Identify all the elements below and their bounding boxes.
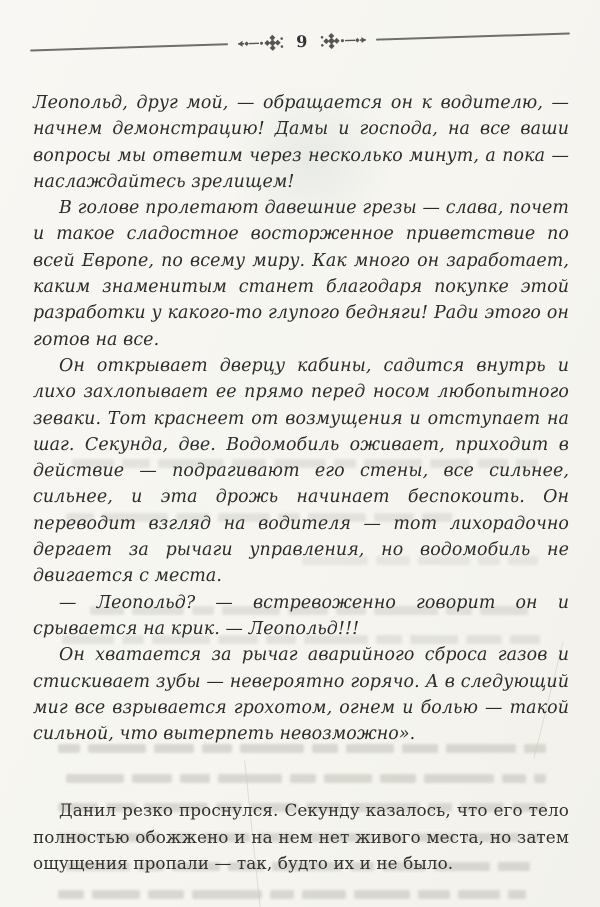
floral-arrow-right-icon bbox=[319, 32, 367, 49]
floral-arrow-left-icon bbox=[237, 34, 285, 51]
paragraph-dream-3: Он открывает дверцу кабины, садится внут… bbox=[33, 353, 569, 590]
paragraph-dream-1: Леопольд, друг мой, — обращается он к во… bbox=[33, 90, 569, 195]
paragraph-dream-2: В голове пролетают давешние грезы — слав… bbox=[33, 195, 569, 353]
book-page: 9 Леопольд, друг мой bbox=[0, 0, 600, 907]
paragraph-dream-4: — Леопольд? — встревоженно говорит он и … bbox=[33, 590, 569, 643]
paragraph-awake: Данил резко проснулся. Секунду казалось,… bbox=[33, 797, 569, 876]
header-rule-right bbox=[376, 33, 570, 41]
header-rule-left bbox=[30, 43, 228, 51]
page-number: 9 bbox=[294, 34, 310, 50]
paragraph-dream-5: Он хватается за рычаг аварийного сброса … bbox=[33, 642, 569, 747]
page-header: 9 bbox=[0, 13, 600, 72]
body-text: Леопольд, друг мой, — обращается он к во… bbox=[33, 90, 569, 876]
